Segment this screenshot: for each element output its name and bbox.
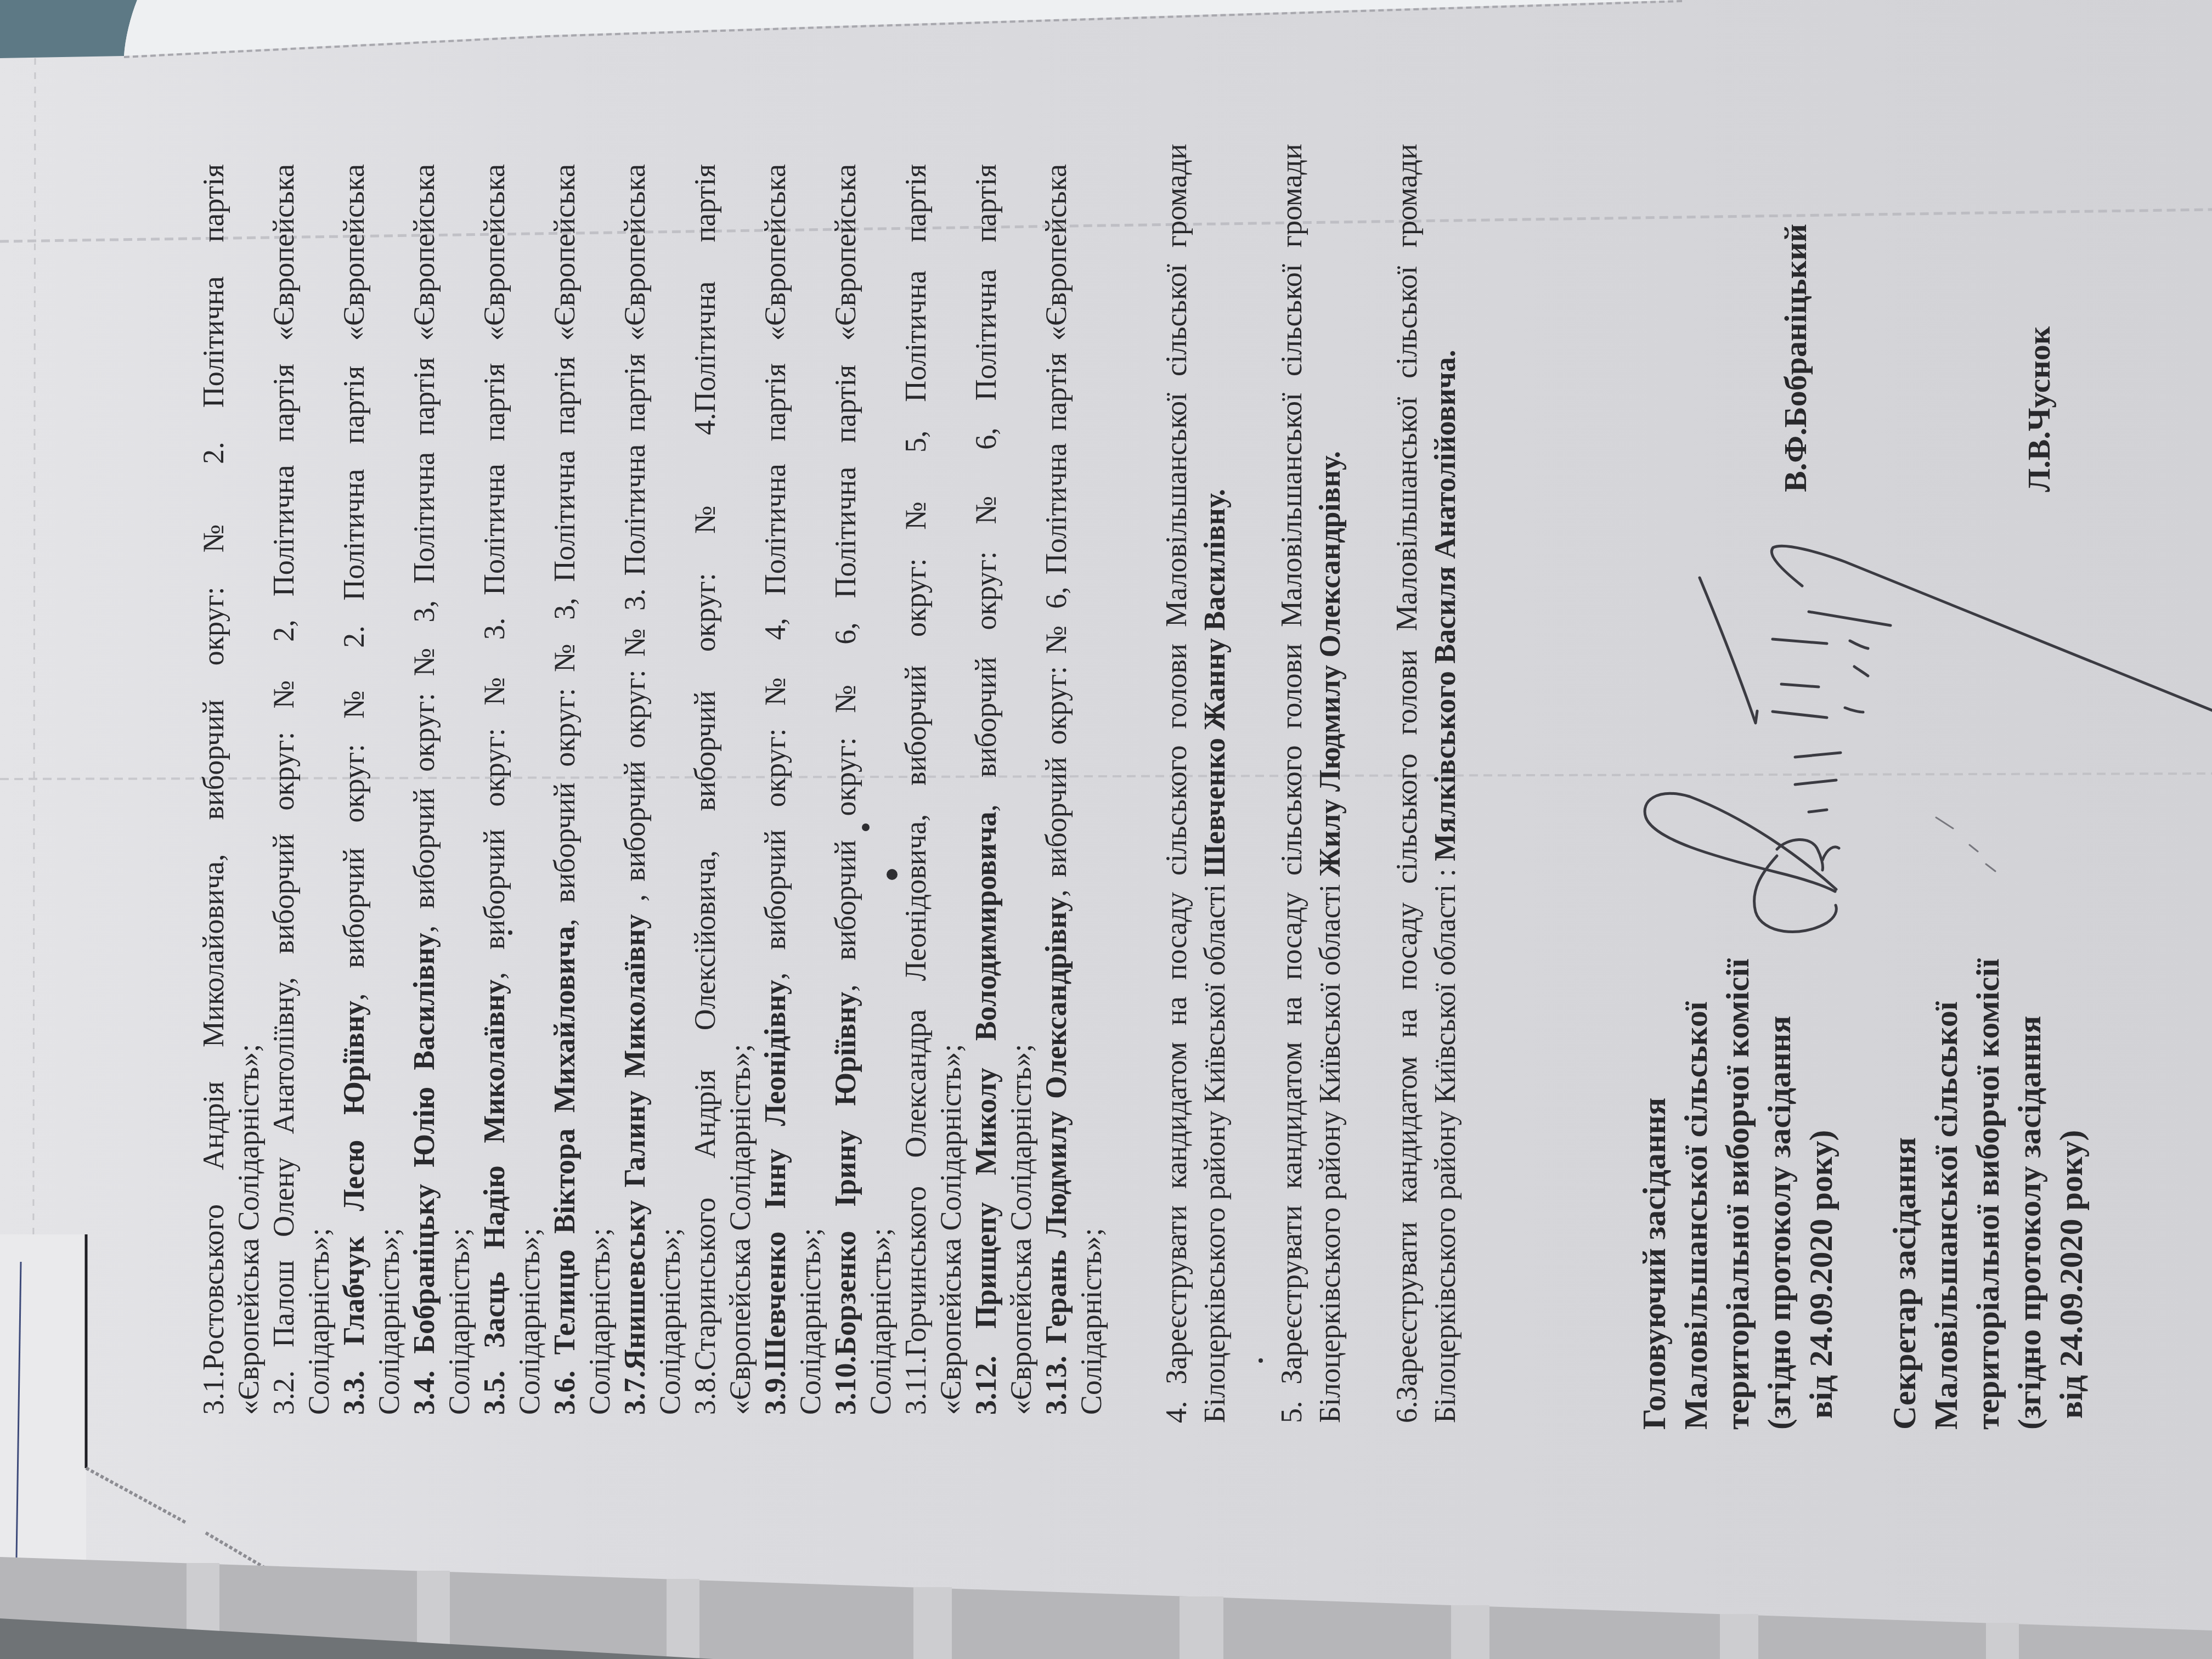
list-item-line: 3.10.Борзенко Ірину Юріївну, виборчий ок… — [828, 164, 863, 1415]
paragraph-text: Білоцерківського району Київської област… — [1313, 877, 1346, 1423]
item-details: , виборчий округ: № 3. Політична партія … — [618, 164, 651, 914]
item-number: 3.10. — [829, 1356, 862, 1415]
list-item: 3.12. Прищепу Миколу Володимировича, виб… — [968, 164, 1039, 1415]
candidate-name: Герань Людмилу Олександрівну — [1040, 897, 1073, 1344]
candidate-name: Борзенко Ірину Юріївну — [829, 992, 862, 1356]
list-item-continuation: Солідарність»; — [371, 164, 407, 1415]
item-number: 3.7. — [618, 1370, 651, 1415]
list-item-continuation: Солідарність»; — [442, 164, 477, 1415]
list-item-continuation: Солідарність»; — [582, 164, 617, 1415]
candidate-name: Шевченко Інну Леонідівну — [759, 980, 792, 1370]
candidate-name: Мялківського Василя Анатолійовича. — [1429, 350, 1462, 861]
list-item-line: 3.4. Бобраніцьку Юлію Василівну, виборчи… — [407, 164, 442, 1415]
paragraph-line: Білоцерківського району Київської област… — [1426, 144, 1464, 1423]
item-number: 3.4. — [408, 1354, 441, 1415]
list-item: 3.11.Горчинського Олександра Леонідовича… — [898, 164, 968, 1415]
paragraph-text: Білоцерківського району Київської област… — [1198, 877, 1231, 1423]
list-item-line: 3.6. Телицю Віктора Михайловича, виборчи… — [547, 164, 582, 1415]
list-item: 3.6. Телицю Віктора Михайловича, виборчи… — [547, 164, 617, 1415]
list-item-line: 3.9.Шевченко Інну Леонідівну, виборчий о… — [758, 164, 793, 1415]
candidate-name: Горчинського Олександра Леонідовича — [899, 821, 932, 1357]
secretary-signature-block: Секретар засідання Маловільшанської сіль… — [1883, 958, 2092, 1430]
secretary-name: Л.В.Чуснок — [2018, 326, 2060, 492]
paragraph-gap — [1234, 144, 1272, 1423]
list-item: 3.13. Герань Людмилу Олександрівну, вибо… — [1039, 164, 1109, 1415]
list-item-line: 3.12. Прищепу Миколу Володимировича, виб… — [968, 164, 1003, 1415]
item-number: 3.2. — [267, 1347, 300, 1415]
item-number: 3.3. — [337, 1345, 370, 1415]
list-item-line: 3.13. Герань Людмилу Олександрівну, вибо… — [1039, 164, 1074, 1415]
list-item-continuation: Солідарність»; — [1074, 164, 1109, 1415]
list-item-line: 3.3. Глабчук Лесю Юріївну, виборчий окру… — [336, 164, 371, 1415]
item-details: , виборчий округ: № 5, Політична партія — [899, 164, 932, 821]
signature-role-line: Маловільшанської сільської — [1925, 958, 1967, 1430]
candidate-name: Прищепу Миколу Володимировича — [969, 811, 1002, 1329]
list-item-continuation: «Європейська Солідарність»; — [231, 164, 266, 1415]
item-details: , виборчий округ: № 4.Політична партія — [689, 164, 721, 857]
signature-role-line: територіальної виборчої комісії — [1717, 958, 1758, 1430]
list-item: 3.2. Палош Олену Анатоліївну, виборчий о… — [266, 164, 336, 1415]
paragraph-text: Білоцерківського району Київської област… — [1429, 861, 1462, 1423]
item-details: , виборчий округ: № 6, Політична партія … — [829, 164, 862, 992]
paragraph-5: 5. Зареєструвати кандидатом на посаду сі… — [1272, 144, 1349, 1423]
item-number: 3.12. — [969, 1329, 1002, 1415]
item-number: 3.1. — [197, 1370, 230, 1415]
item-details: , виборчий округ: № 4, Політична партія … — [759, 164, 792, 980]
candidate-name: Бобраніцьку Юлію Василівну — [408, 933, 441, 1354]
signature-role-line: (згідно протоколу засідання — [1758, 958, 1800, 1430]
list-item: 3.4. Бобраніцьку Юлію Василівну, виборчи… — [407, 164, 477, 1415]
item-number: 3.11. — [899, 1357, 932, 1415]
candidate-name: Шевченко Жанну Василівну. — [1198, 489, 1231, 877]
list-item-continuation: «Європейська Солідарність»; — [933, 164, 968, 1415]
item-number: 3.9. — [759, 1370, 792, 1415]
document-page: 3.1.Ростовського Андрія Миколайовича, ви… — [0, 0, 2212, 1659]
candidate-name: Палош Олену Анатоліївну — [267, 985, 300, 1347]
item-details: , виборчий округ: № 3. Політична партія … — [478, 164, 511, 979]
paragraph-line: 6.Зареєструвати кандидатом на посаду сіл… — [1387, 144, 1426, 1423]
item-details: , виборчий округ: № 6, Політична партія — [969, 164, 1002, 811]
signature-role-line: територіальної виборчої комісії — [1967, 958, 2008, 1430]
candidate-name: Засць Надію Миколаївну — [478, 979, 511, 1348]
paragraph-line: Білоцерківського району Київської област… — [1311, 144, 1349, 1423]
list-item: 3.10.Борзенко Ірину Юріївну, виборчий ок… — [828, 164, 898, 1415]
item-details: , виборчий округ: № 2, Політична партія … — [267, 164, 300, 985]
candidate-name: Янишевську Галину Миколаївну — [618, 914, 651, 1370]
list-item-line: 3.2. Палош Олену Анатоліївну, виборчий о… — [266, 164, 301, 1415]
signature-role-line: Секретар засідання — [1883, 958, 1925, 1430]
paragraph-4: 4. Зареєструвати кандидатом на посаду сі… — [1157, 144, 1234, 1423]
signature-role-line: від 24.09.2020 року) — [1800, 958, 1842, 1430]
item-number: 3.5. — [478, 1348, 511, 1415]
list-item: 3.8.Старинського Андрія Олексійовича, ви… — [687, 164, 758, 1415]
item-details: , виборчий округ: № 2. Політична партія … — [337, 164, 370, 1001]
list-item: 3.1.Ростовського Андрія Миколайовича, ви… — [196, 164, 266, 1415]
paragraph-line: Білоцерківського району Київської област… — [1195, 144, 1234, 1423]
list-item: 3.7.Янишевську Галину Миколаївну , вибор… — [617, 164, 687, 1415]
candidate-name: Глабчук Лесю Юріївну — [337, 1001, 370, 1345]
chair-name: В.Ф.Бобраніцький — [1775, 224, 1816, 492]
paragraph-6: 6.Зареєструвати кандидатом на посаду сіл… — [1387, 144, 1464, 1423]
candidate-name: Старинського Андрія Олексійовича — [689, 857, 721, 1370]
item-details: , виборчий округ: № 3, Політична партія … — [548, 164, 581, 926]
candidate-name: Ростовського Андрія Миколайовича — [197, 861, 230, 1370]
list-item-line: 3.1.Ростовського Андрія Миколайовича, ви… — [196, 164, 231, 1415]
signature-role-line: Маловільшанської сільської — [1675, 958, 1717, 1430]
candidate-list: 3.1.Ростовського Андрія Миколайовича, ви… — [196, 164, 1109, 1415]
signature-role-line: Головуючий засідання — [1633, 958, 1675, 1430]
paragraph-gap — [1349, 144, 1387, 1423]
list-item-continuation: Солідарність»; — [652, 164, 687, 1415]
list-item-line: 3.11.Горчинського Олександра Леонідовича… — [898, 164, 933, 1415]
candidate-name: Жилу Людмилу Олександрівну. — [1313, 451, 1346, 877]
list-item: 3.9.Шевченко Інну Леонідівну, виборчий о… — [758, 164, 828, 1415]
item-details: , виборчий округ: № 2. Політична партія — [197, 164, 230, 861]
paragraph-line: 4. Зареєструвати кандидатом на посаду сі… — [1157, 144, 1195, 1423]
list-item-line: 3.7.Янишевську Галину Миколаївну , вибор… — [617, 164, 652, 1415]
chair-signature-block: Головуючий засідання Маловільшанської сі… — [1633, 958, 1842, 1430]
item-details: , виборчий округ: № 6, Політична партія … — [1040, 164, 1073, 897]
list-item-line: 3.8.Старинського Андрія Олексійовича, ви… — [687, 164, 723, 1415]
list-item-continuation: Солідарність»; — [863, 164, 898, 1415]
signature-role-line: (згідно протоколу засідання — [2008, 958, 2050, 1430]
item-details: , виборчий округ: № 3, Політична партія … — [408, 164, 441, 933]
paragraph-line: 5. Зареєструвати кандидатом на посаду сі… — [1272, 144, 1311, 1423]
list-item: 3.5. Засць Надію Миколаївну, виборчий ок… — [477, 164, 547, 1415]
list-item-continuation: «Європейська Солідарність»; — [1003, 164, 1039, 1415]
list-item-line: 3.5. Засць Надію Миколаївну, виборчий ок… — [477, 164, 512, 1415]
item-number: 3.6. — [548, 1355, 581, 1415]
candidate-name: Телицю Віктора Михайловича — [548, 926, 581, 1355]
list-item: 3.3. Глабчук Лесю Юріївну, виборчий окру… — [336, 164, 407, 1415]
list-item-continuation: Солідарність»; — [793, 164, 828, 1415]
list-item-continuation: «Європейська Солідарність»; — [723, 164, 758, 1415]
item-number: 3.13. — [1040, 1344, 1073, 1415]
item-number: 3.8. — [689, 1370, 721, 1415]
list-item-continuation: Солідарність»; — [512, 164, 547, 1415]
registration-paragraphs: 4. Зареєструвати кандидатом на посаду сі… — [1157, 144, 1464, 1423]
list-item-continuation: Солідарність»; — [301, 164, 336, 1415]
signature-role-line: від 24.09.2020 року) — [2050, 958, 2092, 1430]
